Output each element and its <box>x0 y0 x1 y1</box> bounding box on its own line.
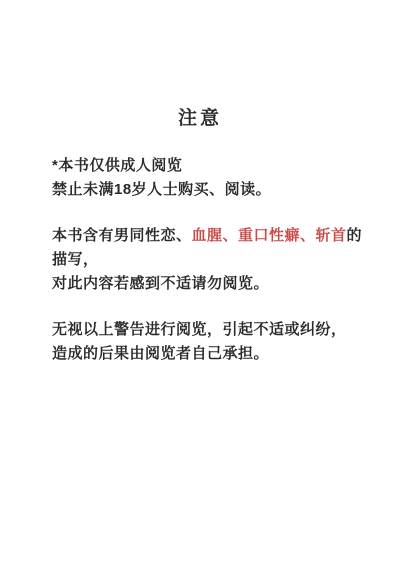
notice-body: *本书仅供成人阅览 禁止未满18岁人士购买、阅读。本书含有男同性恋、血腥、重口性… <box>52 154 370 366</box>
notice-paragraph: 本书含有男同性恋、血腥、重口性癖、斩首的描写， 对此内容若感到不适请勿阅览。 <box>52 224 370 296</box>
notice-page: 注意 *本书仅供成人阅览 禁止未满18岁人士购买、阅读。本书含有男同性恋、血腥、… <box>0 0 400 566</box>
page-title: 注意 <box>0 0 400 131</box>
text-segment: 无视以上警告进行阅览，引起不适或纠纷， 造成的后果由阅览者自己承担。 <box>52 321 347 362</box>
text-segment: *本书仅供成人阅览 禁止未满18岁人士购买、阅读。 <box>52 157 271 198</box>
notice-paragraph: *本书仅供成人阅览 禁止未满18岁人士购买、阅读。 <box>52 154 370 202</box>
warning-term-segment: 血腥、重口性癖、斩首 <box>192 227 347 244</box>
text-segment: 本书含有男同性恋、 <box>52 227 192 244</box>
notice-paragraph: 无视以上警告进行阅览，引起不适或纠纷， 造成的后果由阅览者自己承担。 <box>52 318 370 366</box>
